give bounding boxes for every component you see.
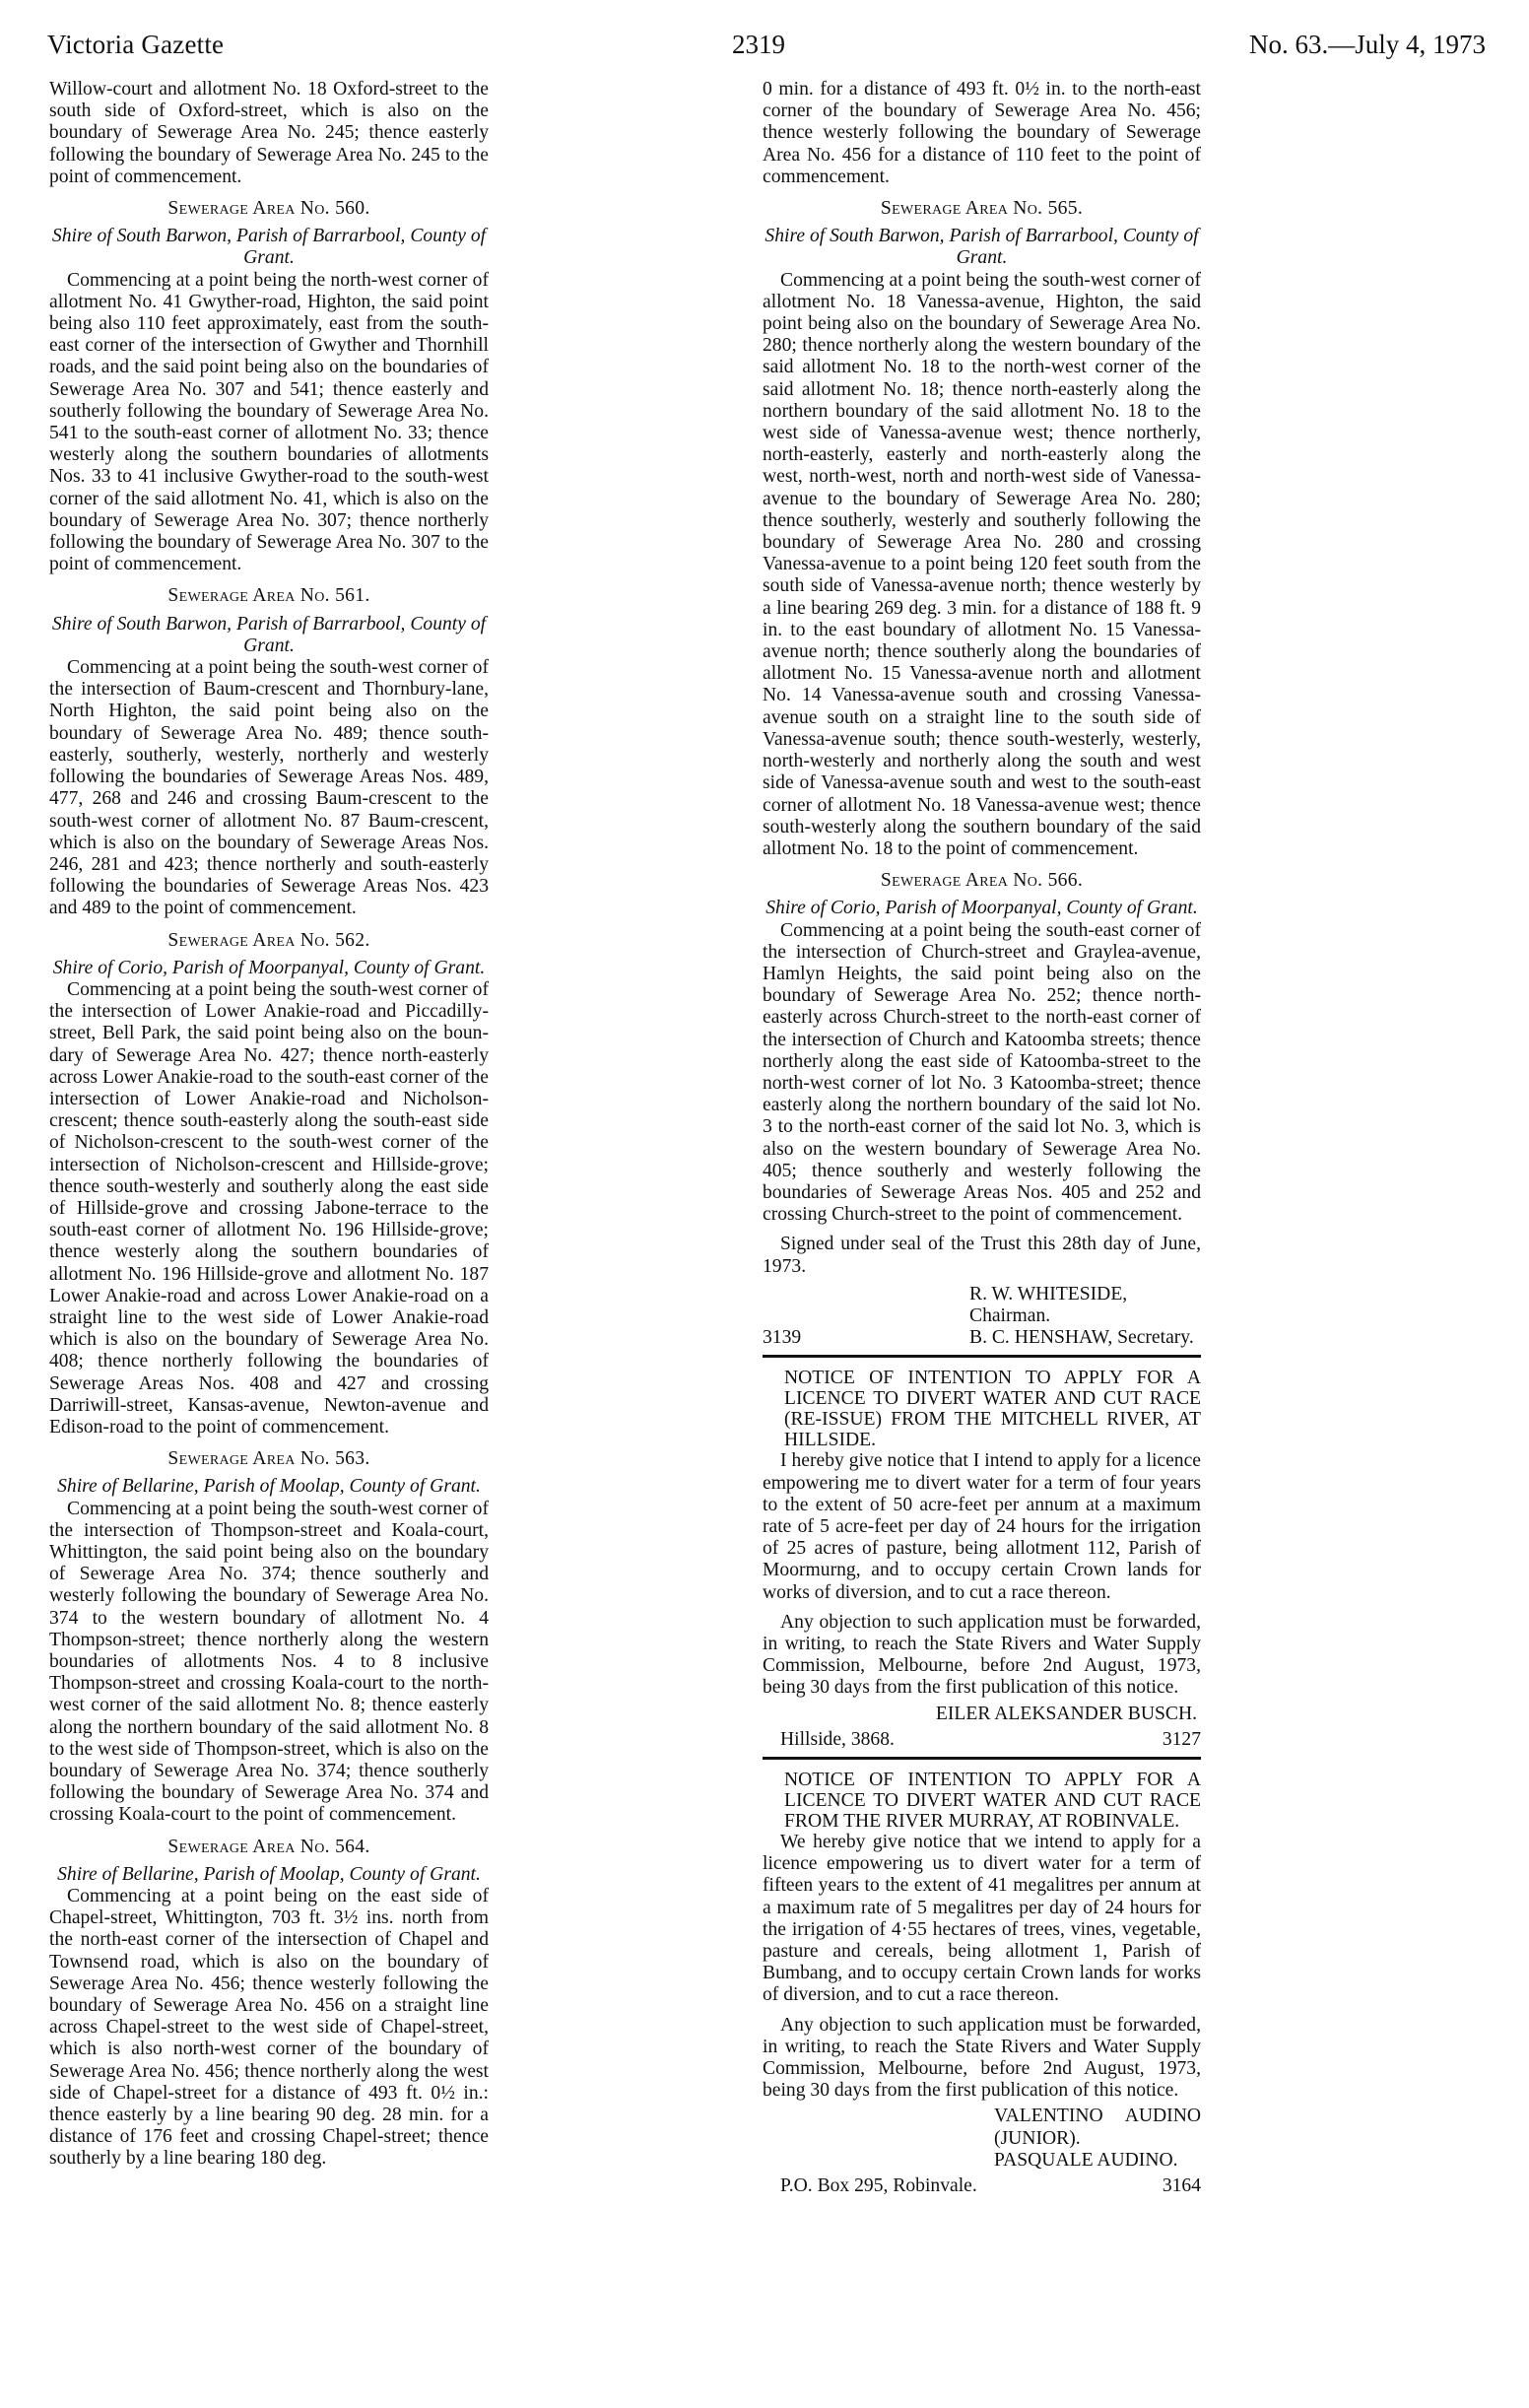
sewerage-area-564: Sewerage Area No. 564. Shire of Bellarin… <box>49 1837 489 2171</box>
area-locality: Shire of South Barwon, Parish of Barrarb… <box>49 226 489 269</box>
sewerage-area-561: Sewerage Area No. 561. Shire of South Ba… <box>49 585 489 919</box>
address: P.O. Box 295, Robinvale. <box>763 2175 977 2197</box>
notice-title: Notice of Intention to Apply for a Licen… <box>763 1368 1201 1450</box>
sewerage-area-560: Sewerage Area No. 560. Shire of South Ba… <box>49 198 489 575</box>
signatory-name: B. C. HENSHAW, Secretary. <box>871 1327 1201 1349</box>
signed-statement: Signed under seal of the Trust this 28th… <box>763 1234 1201 1277</box>
area-description: Commencing at a point being the south-we… <box>49 979 489 1438</box>
area-heading: Sewerage Area No. 563. <box>49 1448 489 1470</box>
notice-mitchell-river: Notice of Intention to Apply for a Licen… <box>763 1368 1201 1751</box>
area-locality: Shire of South Barwon, Parish of Barrarb… <box>49 614 489 657</box>
area-description: Commencing at a point being the south-we… <box>763 270 1201 860</box>
trust-signatories: R. W. WHITESIDE, Chairman. 3139 B. C. HE… <box>763 1284 1201 1350</box>
issue-date: No. 63.—July 4, 1973 <box>1249 30 1486 60</box>
notice-reference: 3139 <box>763 1327 871 1349</box>
area-description: Commencing at a point being the south-ea… <box>763 920 1201 1227</box>
sewerage-area-565: Sewerage Area No. 565. Shire of South Ba… <box>763 198 1201 860</box>
notice-paragraph: Any objection to such application must b… <box>763 2015 1201 2103</box>
area-locality: Shire of Corio, Parish of Moorpanyal, Co… <box>763 898 1201 919</box>
area-description: Commencing at a point being on the east … <box>49 1886 489 2171</box>
area-locality: Shire of South Barwon, Parish of Barrarb… <box>763 226 1201 269</box>
area-description: Commencing at a point being the south-we… <box>49 1499 489 1827</box>
notice-reference: 3127 <box>1163 1729 1201 1751</box>
area-heading: Sewerage Area No. 562. <box>49 930 489 952</box>
notice-paragraph: We hereby give notice that we intend to … <box>763 1832 1201 2007</box>
area-description: Commencing at a point being the south-we… <box>49 657 489 919</box>
sewerage-area-562: Sewerage Area No. 562. Shire of Corio, P… <box>49 930 489 1439</box>
area-heading: Sewerage Area No. 560. <box>49 198 489 220</box>
address: Hillside, 3868. <box>763 1729 895 1751</box>
notice-river-murray: Notice of Intention to Apply for a Licen… <box>763 1770 1201 2197</box>
section-divider <box>763 1355 1201 1358</box>
left-column: Willow-court and allotment No. 18 Oxford… <box>49 79 489 2171</box>
notice-title: Notice of Intention to Apply for a Licen… <box>763 1770 1201 1832</box>
sewerage-area-563: Sewerage Area No. 563. Shire of Bellarin… <box>49 1448 489 1826</box>
notice-paragraph: Any objection to such application must b… <box>763 1612 1201 1700</box>
signatory-name: VALENTINO AUDINO (JUNIOR). <box>763 2106 1201 2149</box>
signatory-name: PASQUALE AUDINO. <box>763 2150 1201 2172</box>
sewerage-area-566: Sewerage Area No. 566. Shire of Corio, P… <box>763 870 1201 1226</box>
address-line: P.O. Box 295, Robinvale. 3164 <box>763 2175 1201 2197</box>
signatory-line: R. W. WHITESIDE, Chairman. <box>763 1284 1201 1327</box>
continuation-text: Willow-court and allotment No. 18 Oxford… <box>49 79 489 188</box>
area-heading: Sewerage Area No. 565. <box>763 198 1201 220</box>
area-description: Commencing at a point being the north-we… <box>49 270 489 576</box>
notice-reference <box>763 1284 871 1327</box>
section-divider <box>763 1757 1201 1760</box>
address-line: Hillside, 3868. 3127 <box>763 1729 1201 1751</box>
signatory-name: R. W. WHITESIDE, Chairman. <box>871 1284 1201 1327</box>
area-heading: Sewerage Area No. 561. <box>49 585 489 607</box>
area-heading: Sewerage Area No. 566. <box>763 870 1201 892</box>
signatory-name: EILER ALEKSANDER BUSCH. <box>763 1704 1201 1725</box>
page-number: 2319 <box>732 30 785 60</box>
right-column: 0 min. for a distance of 493 ft. 0½ in. … <box>763 79 1201 2197</box>
notice-paragraph: I hereby give notice that I intend to ap… <box>763 1450 1201 1603</box>
signatory-line: 3139 B. C. HENSHAW, Secretary. <box>763 1327 1201 1349</box>
area-locality: Shire of Bellarine, Parish of Moolap, Co… <box>49 1476 489 1498</box>
area-heading: Sewerage Area No. 564. <box>49 1837 489 1858</box>
publication-title: Victoria Gazette <box>47 30 224 60</box>
area-locality: Shire of Bellarine, Parish of Moolap, Co… <box>49 1864 489 1886</box>
continuation-text: 0 min. for a distance of 493 ft. 0½ in. … <box>763 79 1201 188</box>
page-header: Victoria Gazette 2319 No. 63.—July 4, 19… <box>47 30 1505 79</box>
notice-reference: 3164 <box>1163 2175 1201 2197</box>
area-locality: Shire of Corio, Parish of Moorpanyal, Co… <box>49 958 489 979</box>
